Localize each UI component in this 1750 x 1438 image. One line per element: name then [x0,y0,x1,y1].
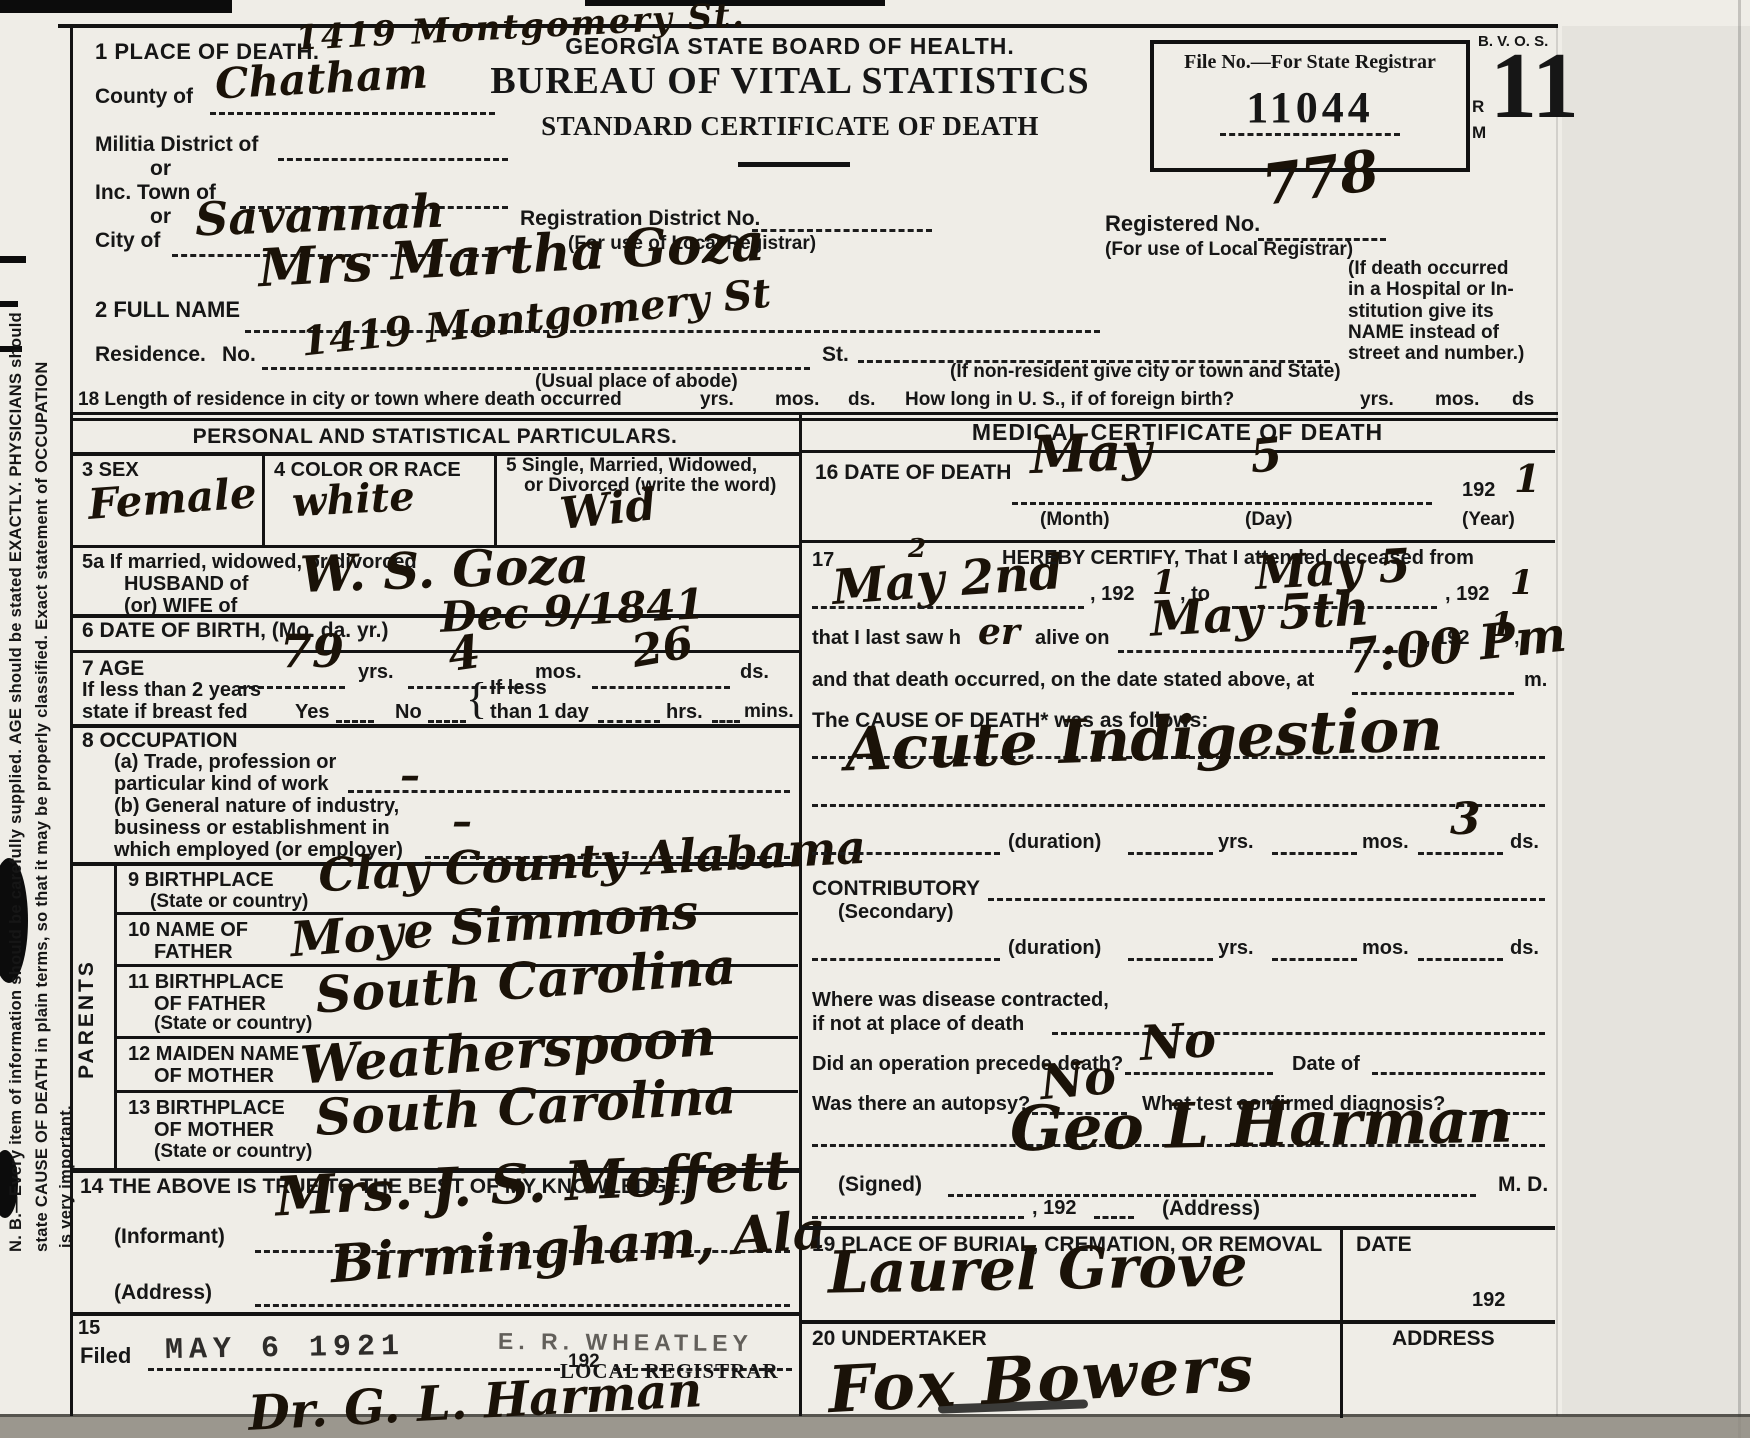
duration2-label: (duration) [1008,938,1101,959]
hw-undertaker-signature: Fox Bowers [827,1337,1257,1423]
rule-above-burial [800,1226,1555,1230]
contracted-line [1052,1032,1545,1035]
duration2-yrs-line [1128,958,1213,961]
duration2-ds-line [1418,958,1503,961]
father-name-label2: FATHER [154,942,233,963]
occupation-b-line1: (b) General nature of industry, [114,796,399,817]
parents-side-label: PARENTS [76,866,98,1172]
registered-no-label: Registered No. [1105,212,1260,235]
registrar-name-stamp: E. R. WHEATLEY [498,1329,753,1355]
mins-label: mins. [744,702,794,722]
registration-district-line [752,229,932,232]
medical-title-rule [800,450,1555,453]
length-yrs2-label: yrs. [1360,390,1394,410]
burial-date-divider [1340,1226,1343,1320]
militia-line [278,158,508,161]
residence-st-label: St. [822,344,849,366]
death-year-printed: 192 [1462,480,1495,501]
or-label-2: or [150,206,171,228]
hw-operation-answer: No [1139,1016,1217,1068]
contracted-label-line1: Where was disease contracted, [812,990,1109,1011]
hw-death-month: May [1029,426,1152,482]
death-certificate-scan: N. B.—Every item of information should b… [0,0,1750,1438]
hw-age-yrs: 79 [280,628,344,674]
day-label: (Day) [1245,510,1293,530]
scan-right-margin [1562,26,1750,1418]
board-title: GEORGIA STATE BOARD OF HEALTH. [490,34,1090,58]
month-label: (Month) [1040,510,1110,530]
date-of-death-line [1012,502,1432,505]
informant-address-label: (Address) [114,1282,212,1304]
residence-line [262,367,810,370]
hw-certify-year2: 1 [1510,566,1534,600]
rule-under-attest [70,1312,800,1316]
duration-yrs-label: yrs. [1218,832,1254,853]
yes-label: Yes [295,702,329,723]
yes-line [336,720,374,723]
duration-yrs-line [1128,852,1213,855]
full-name-label: 2 FULL NAME [95,298,240,321]
hospital-note-line3: stitution give its [1348,301,1563,322]
hw-burial-place: Laurel Grove [828,1236,1249,1301]
duration2-mos-line [1272,958,1357,961]
top-rule [58,24,1558,28]
militia-district-label: Militia District of [95,134,258,156]
hw-race: white [291,477,416,523]
hw-death-day: 5 [1248,430,1285,479]
filed-label: Filed [80,1344,131,1367]
parents-inner-rule [114,862,117,1168]
hw-marital: Wid [558,483,658,537]
age-ds-line [592,686,730,689]
duration-label: (duration) [1008,832,1101,853]
hw-cause-of-death: Acute Indigestion [844,700,1444,781]
or-label-1: or [150,158,171,180]
margin-note-line2: state CAUSE OF DEATH in plain terms, so … [34,40,51,1252]
masthead-rule [738,162,850,167]
county-line [210,112,495,115]
registered-no-note: (For use of Local Registrar) [1105,240,1353,260]
corner-letter-m: M [1472,124,1486,142]
mother-bp-label: 13 BIRTHPLACE [128,1098,285,1119]
section-rule-a [70,412,1558,415]
certify-from-line [812,606,1084,609]
length-mos-label: mos. [775,390,819,410]
hw-age-mos: 4 [445,628,483,678]
hw-registered-no: 778 [1259,142,1383,214]
hw-occupation-a: – [400,756,420,796]
hospital-note: (If death occurred in a Hospital or In- … [1348,258,1563,364]
burial-year-printed: 192 [1472,1290,1505,1311]
secondary-label: (Secondary) [838,902,954,923]
occupation-a-line1: (a) Trade, profession or [114,752,336,773]
length-mos2-label: mos. [1435,390,1479,410]
birth-state-note: (State or country) [150,892,308,912]
brace-glyph: { [466,676,487,722]
date-of-label: Date of [1292,1054,1360,1075]
alive-on-label: alive on [1035,628,1109,649]
duration2-yrs-label: yrs. [1218,938,1254,959]
burial-date-label: DATE [1356,1234,1412,1256]
hw-duration-days: 3 [1450,798,1481,842]
duration2-ds-label: ds. [1510,938,1539,959]
duration-ds-label: ds. [1510,832,1539,853]
age-yrs-label: yrs. [358,662,394,683]
father-bp-note: (State or country) [154,1014,312,1034]
operation-date-line [1372,1072,1545,1075]
breastfed-label-line1: If less than 2 years [82,680,261,701]
hw-county: Chatham [214,52,429,105]
certify-year1-printed: , 192 [1090,584,1134,605]
duration-mos-line [1272,852,1357,855]
informant-label: (Informant) [114,1226,225,1248]
birthplace-label: 9 BIRTHPLACE [128,870,274,891]
hrs-line [598,720,660,723]
death-occurred-label: and that death occurred, on the date sta… [812,670,1314,691]
breastfed-label-line2: state if breast fed [82,702,248,723]
physician-address-label: (Address) [1162,1198,1260,1220]
file-number-line [1220,133,1400,136]
hw-her: er [978,614,1020,650]
filed-section-number: 15 [78,1318,100,1339]
contracted-label-line2: if not at place of death [812,1014,1024,1035]
no-line [428,720,466,723]
sex-race-divider [262,452,265,545]
ifless-label-line2: than 1 day [490,702,589,723]
left-border-rule [70,24,73,1416]
occupation-label: 8 OCCUPATION [82,730,238,752]
duration-mos-label: mos. [1362,832,1409,853]
margin-note-line1: N. B.—Every item of information should b… [8,40,25,1252]
last-saw-label: that I last saw h [812,628,961,649]
cause-line-2 [812,804,1545,807]
hospital-note-line4: NAME instead of [1348,322,1563,343]
hospital-note-line2: in a Hospital or In- [1348,279,1563,300]
city-label: City of [95,230,160,252]
certificate-title: STANDARD CERTIFICATE OF DEATH [490,112,1090,140]
physician-year-printed: , 192 [1032,1198,1076,1219]
occupation-b-line2: business or establishment in [114,818,390,839]
father-name-label: 10 NAME OF [128,920,248,941]
file-number: 11044 [1154,85,1466,131]
column-divider [799,412,802,1416]
mother-maiden-label: 12 MAIDEN NAME [128,1044,299,1065]
how-long-us-label: How long in U. S., if of foreign birth? [905,390,1234,410]
father-bp-label2: OF FATHER [154,994,266,1015]
scan-artifact-top-left [0,0,232,13]
physician-address-line [812,1216,1024,1219]
husband-of-label: HUSBAND of [124,574,248,595]
undertaker-address-divider [1340,1320,1343,1418]
length-residence-label: 18 Length of residence in city or town w… [78,390,622,410]
county-label: County of [95,86,193,108]
scan-edge-line [1738,0,1741,1438]
personal-title: PERSONAL AND STATISTICAL PARTICULARS. [70,426,800,448]
hw-death-year: 1 [1514,460,1540,498]
certify-year2-printed: , 192 [1445,584,1489,605]
nonresident-note: (If non-resident give city or town and S… [950,362,1341,382]
mother-bp-note: (State or country) [154,1142,312,1162]
duration-lead-line [812,852,1000,855]
rule-above-undertaker [800,1320,1555,1324]
autopsy-label: Was there an autopsy? [812,1094,1030,1115]
bureau-title: BUREAU OF VITAL STATISTICS [490,62,1090,102]
hospital-note-line5: street and number.) [1348,343,1563,364]
filed-date-stamp: MAY 6 1921 [165,1332,406,1368]
file-number-label: File No.—For State Registrar [1154,52,1466,73]
year-label: (Year) [1462,510,1515,530]
physician-year-line [1094,1216,1134,1219]
residence-no-label: No. [222,344,256,366]
ifless-label-line1: If less [490,678,547,699]
date-of-death-label: 16 DATE OF DEATH [815,462,1011,484]
length-ds2-label: ds [1512,390,1534,410]
rule-under-age [70,724,800,728]
hw-occupation-b: – [452,802,472,842]
m-label: m. [1524,670,1547,691]
hw-last-saw-date: May 5th [1149,584,1371,643]
informant-address-line [255,1304,790,1307]
mother-maiden-label2: OF MOTHER [154,1066,274,1087]
length-yrs-label: yrs. [700,390,734,410]
hospital-note-line1: (If death occurred [1348,258,1563,279]
race-marital-divider [494,452,497,545]
contributory-label: CONTRIBUTORY [812,878,980,900]
hrs-label: hrs. [666,702,703,723]
no-label: No [395,702,422,723]
undertaker-address-label: ADDRESS [1392,1328,1495,1350]
contributory-line [988,898,1545,901]
occupation-a-line2: particular kind of work [114,774,328,795]
father-bp-label: 11 BIRTHPLACE [128,972,284,993]
duration2-mos-label: mos. [1362,938,1409,959]
mother-bp-label2: OF MOTHER [154,1120,274,1141]
hw-sex: Female [87,472,258,526]
md-label: M. D. [1498,1174,1548,1196]
mins-line [712,720,740,723]
age-ds-label: ds. [740,662,769,683]
length-ds-label: ds. [848,390,875,410]
duration2-lead-line [812,958,1000,961]
right-border-rule [1556,24,1558,1416]
duration-ds-line [1418,852,1503,855]
marital-label-line1: 5 Single, Married, Widowed, [506,456,757,476]
hw-age-ds: 26 [629,621,697,675]
filed-line [148,1368,560,1371]
hw-birthplace: Clay County Alabama [317,824,867,899]
age-label: 7 AGE [82,658,144,680]
operation-line [1125,1072,1273,1075]
corner-letter-r: R [1472,98,1484,116]
residence-label: Residence. [95,344,206,366]
medical-title: MEDICAL CERTIFICATE OF DEATH [800,420,1555,444]
signed-label: (Signed) [838,1174,922,1196]
hw-physician-signature: Geo L Harman [1009,1090,1513,1161]
corner-number: 11 [1490,44,1579,129]
